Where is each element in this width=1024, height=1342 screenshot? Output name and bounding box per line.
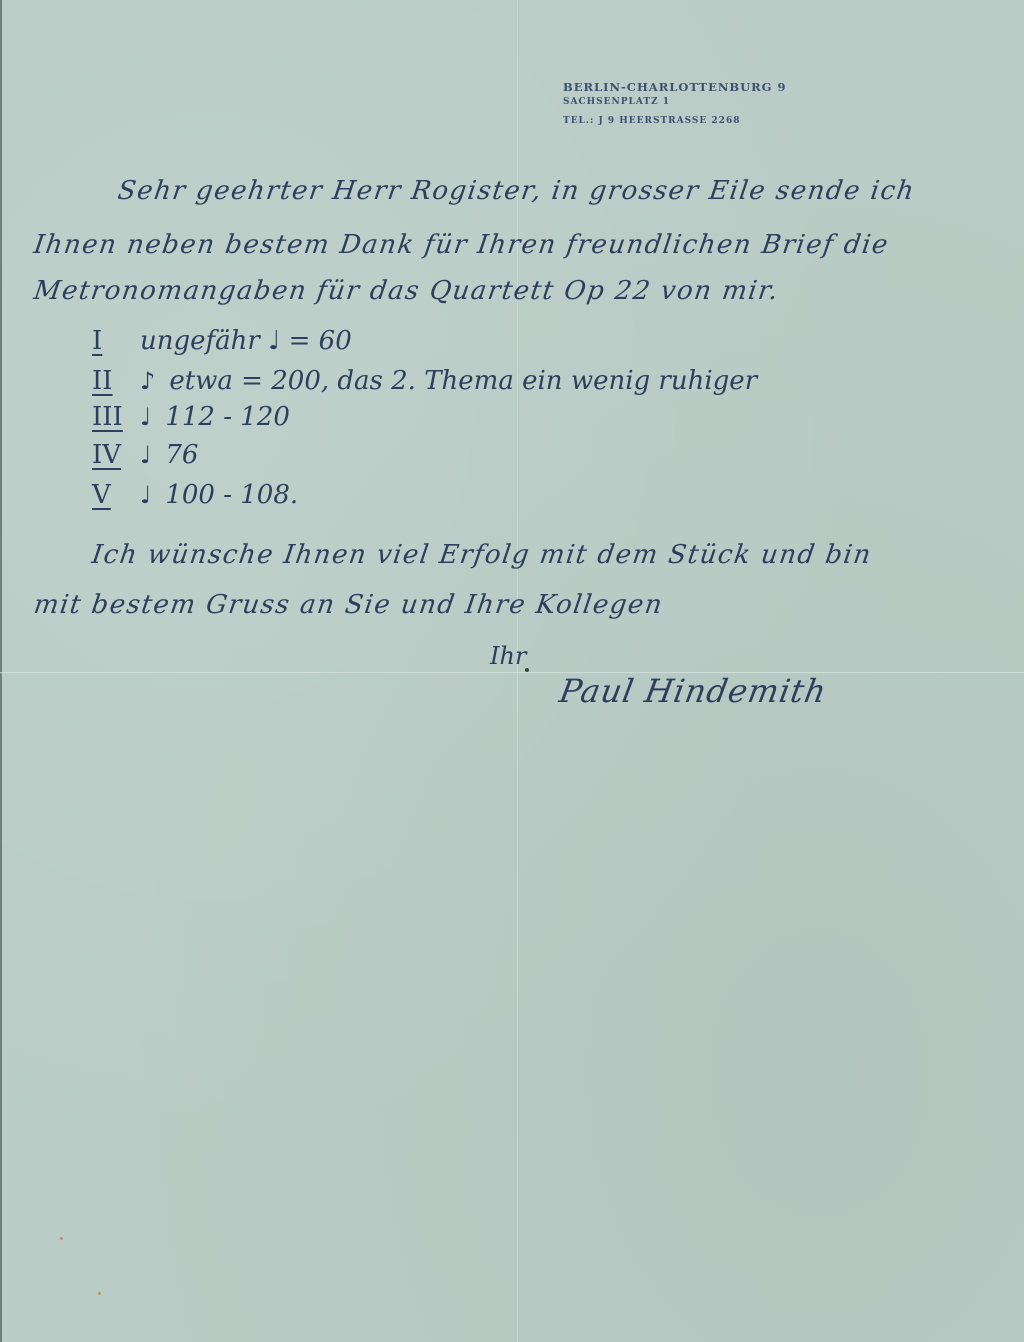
tempo-marking-row: IV ♩ 76 bbox=[92, 440, 198, 470]
movement-number: III bbox=[92, 402, 126, 432]
tempo-text: etwa = 200, das 2. Thema ein wenig ruhig… bbox=[169, 366, 757, 396]
body-line: Ihnen neben bestem Dank für Ihren freund… bbox=[32, 230, 891, 260]
quarter-note-icon: ♩ bbox=[140, 403, 151, 431]
letterhead-street: SACHSENPLATZ 1 bbox=[563, 95, 787, 110]
tempo-marking-row: II ♪ etwa = 200, das 2. Thema ein wenig … bbox=[92, 366, 757, 396]
paper-speck bbox=[60, 1237, 63, 1240]
quarter-note-icon: ♩ bbox=[140, 441, 151, 469]
letter-page: BERLIN-CHARLOTTENBURG 9 SACHSENPLATZ 1 T… bbox=[0, 0, 1024, 1342]
body-line: Metronomangaben für das Quartett Op 22 v… bbox=[32, 276, 781, 306]
movement-number: IV bbox=[92, 440, 126, 470]
paper-speck bbox=[98, 1292, 101, 1295]
movement-number: II bbox=[92, 366, 126, 396]
tempo-marking-row: III ♩ 112 - 120 bbox=[92, 402, 290, 432]
letterhead: BERLIN-CHARLOTTENBURG 9 SACHSENPLATZ 1 T… bbox=[563, 80, 787, 130]
tempo-text: 112 - 120 bbox=[165, 402, 290, 432]
letterhead-city: BERLIN-CHARLOTTENBURG 9 bbox=[563, 80, 787, 95]
eighth-note-icon: ♪ bbox=[140, 367, 155, 395]
salutation-line: Sehr geehrter Herr Rogister, in grosser … bbox=[116, 176, 917, 206]
tempo-text: 100 - 108. bbox=[165, 480, 298, 510]
valediction: Ihr bbox=[490, 642, 526, 670]
tempo-text: 76 bbox=[165, 440, 198, 470]
tempo-text: ungefähr ♩ = 60 bbox=[140, 326, 352, 356]
page-edge bbox=[0, 0, 2, 1342]
movement-number: V bbox=[92, 480, 126, 510]
tempo-marking-row: I ungefähr ♩ = 60 bbox=[92, 326, 352, 356]
tempo-marking-row: V ♩ 100 - 108. bbox=[92, 480, 298, 510]
horizontal-fold-line bbox=[0, 672, 1024, 674]
closing-line: Ich wünsche Ihnen viel Erfolg mit dem St… bbox=[90, 540, 874, 570]
movement-number: I bbox=[92, 326, 126, 356]
closing-line: mit bestem Gruss an Sie und Ihre Kollege… bbox=[32, 590, 665, 620]
letterhead-telephone: TEL.: J 9 HEERSTRASSE 2268 bbox=[563, 113, 787, 130]
signature: Paul Hindemith bbox=[557, 672, 830, 710]
quarter-note-icon: ♩ bbox=[140, 481, 151, 509]
